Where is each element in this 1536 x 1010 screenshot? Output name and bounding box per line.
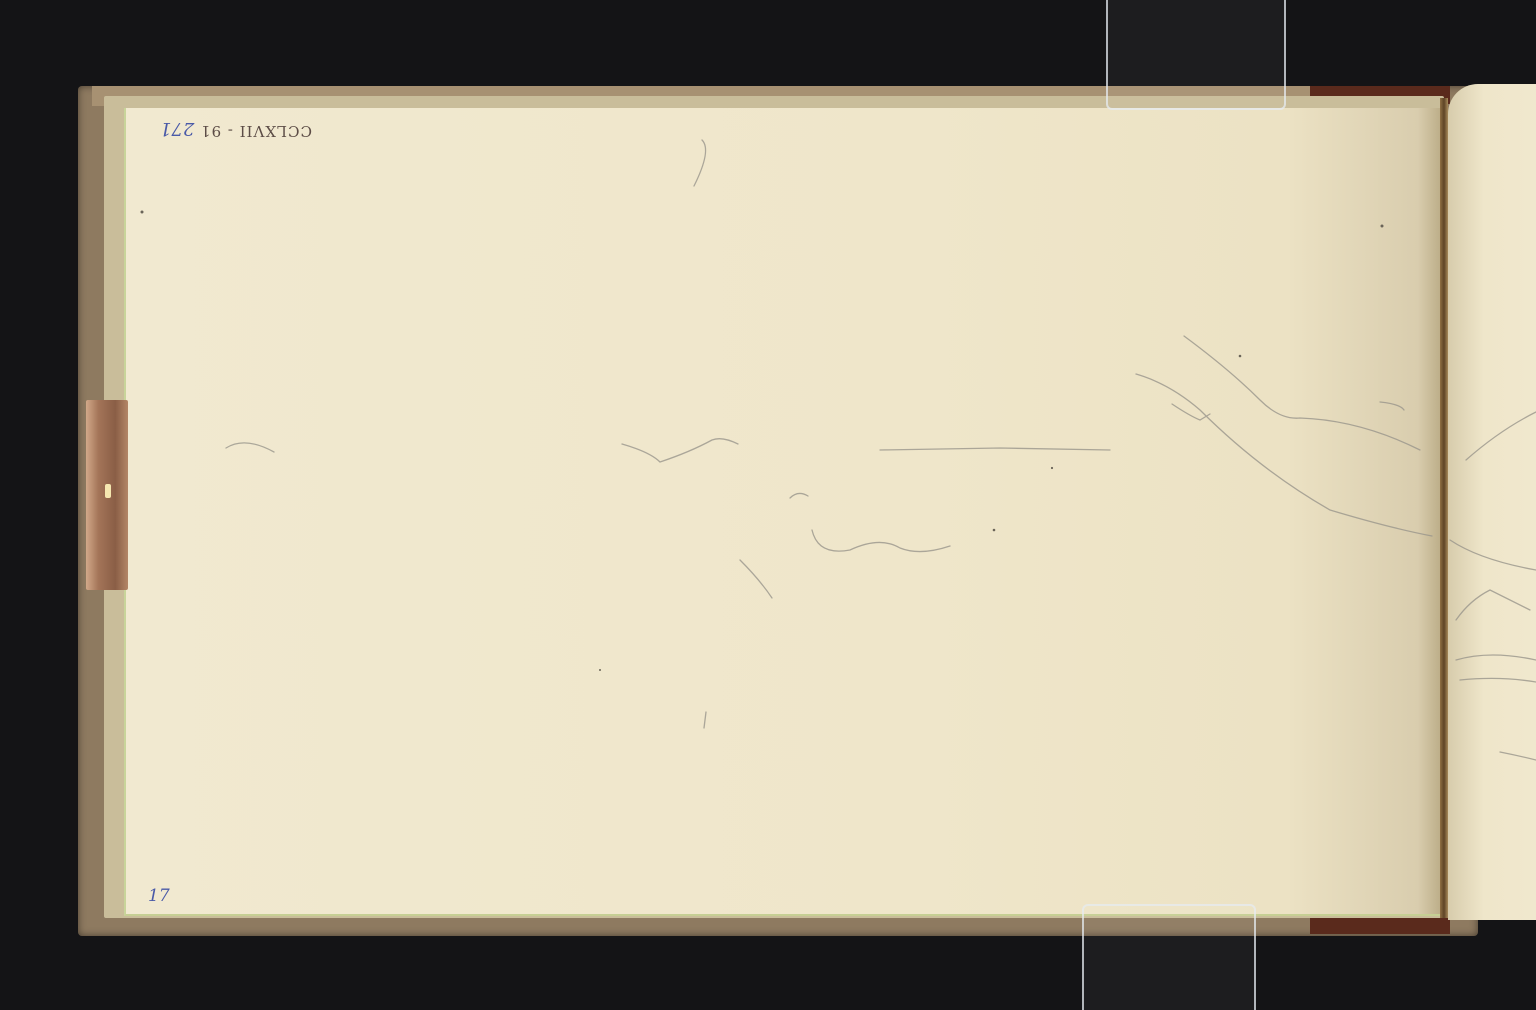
- transparent-page-clip-top: [1106, 0, 1286, 110]
- transparent-page-clip-bottom: [1082, 904, 1256, 1010]
- pencil-sketch: [0, 0, 1536, 1010]
